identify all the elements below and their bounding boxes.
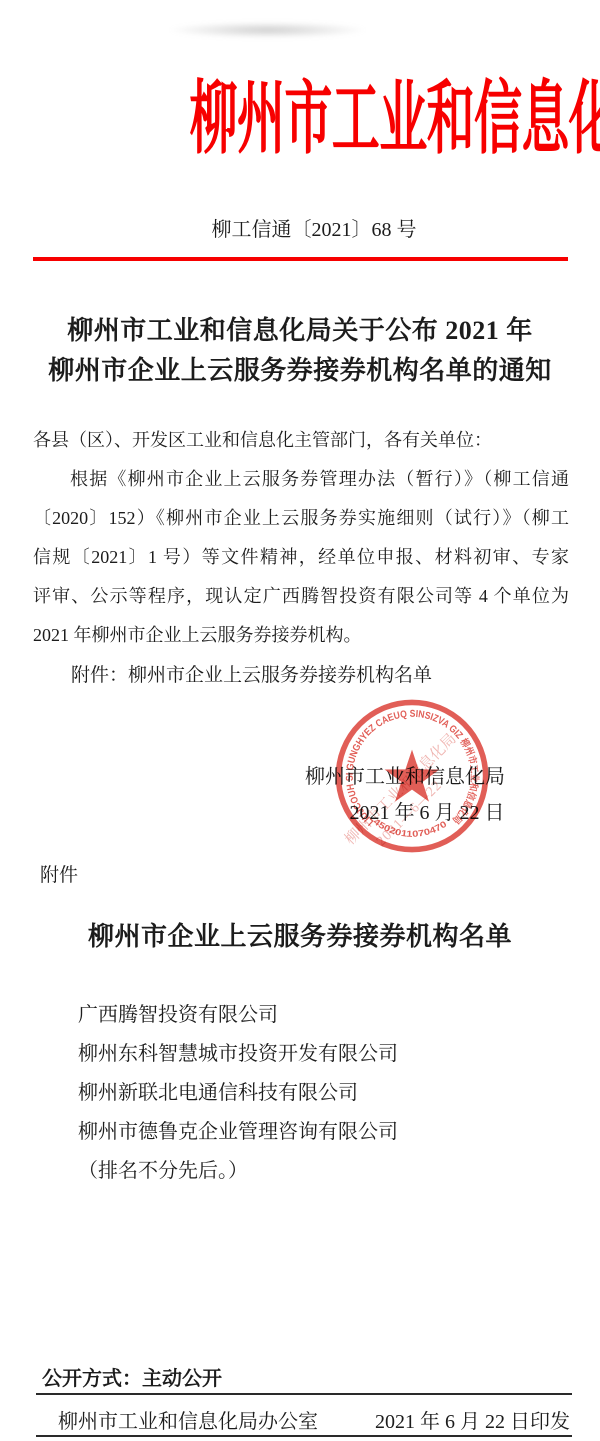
official-seal: LIUJCOUH SI GUNGHYEZ CAEUQ SINSIZVA GIZ … [332, 696, 492, 856]
body-line: 根据《柳州市企业上云服务券管理办法（暂行）》（柳工信通 [33, 460, 569, 499]
notice-body: 各县（区）、开发区工业和信息化主管部门，各有关单位： 根据《柳州市企业上云服务券… [33, 421, 569, 655]
list-item: 柳州市德鲁克企业管理咨询有限公司 [78, 1113, 398, 1152]
notice-title: 柳州市工业和信息化局关于公布 2021 年 柳州市企业上云服务券接券机构名单的通… [0, 311, 600, 391]
red-divider-line [33, 257, 568, 261]
body-line: 评审、公示等程序，现认定广西腾智投资有限公司等 4 个单位为 [33, 577, 569, 616]
issuing-office: 柳州市工业和信息化局办公室 [58, 1405, 318, 1434]
attachment-note: 附件：柳州市企业上云服务券接券机构名单 [71, 660, 432, 687]
body-line: 信规〔2021〕1 号）等文件精神，经单位申报、材料初审、专家 [33, 538, 569, 577]
list-item: 柳州东科智慧城市投资开发有限公司 [78, 1035, 398, 1074]
document-number: 柳工信通〔2021〕68 号 [14, 213, 600, 242]
scan-artifact [170, 22, 365, 38]
notice-title-line-1: 柳州市工业和信息化局关于公布 2021 年 [0, 311, 600, 351]
star-icon [385, 750, 440, 802]
company-list: 广西腾智投资有限公司 柳州东科智慧城市投资开发有限公司 柳州新联北电通信科技有限… [78, 996, 398, 1191]
salutation: 各县（区）、开发区工业和信息化主管部门，各有关单位： [33, 421, 569, 460]
body-line: 〔2020〕152）《柳州市企业上云服务券实施细则（试行）》（柳工 [33, 499, 569, 538]
notice-title-line-2: 柳州市企业上云服务券接券机构名单的通知 [0, 351, 600, 391]
red-header-banner: 柳州市工业和信息化局文件 [0, 74, 600, 164]
seal-code: 4502011070470 [372, 816, 449, 839]
list-item: 柳州新联北电通信科技有限公司 [78, 1074, 398, 1113]
print-date: 2021 年 6 月 22 日印发 [375, 1405, 570, 1434]
ranking-note: （排名不分先后。） [78, 1152, 398, 1191]
svg-text:4502011070470: 4502011070470 [372, 816, 449, 839]
footer-divider-top [36, 1393, 572, 1395]
attachment-label: 附件 [40, 860, 78, 887]
body-line: 2021 年柳州市企业上云服务券接券机构。 [33, 616, 569, 655]
document-page: { "colors": { "banner_red": "#f70000", "… [0, 0, 600, 1441]
list-item: 广西腾智投资有限公司 [78, 996, 398, 1035]
agency-banner-text: 柳州市工业和信息化局文件 [190, 74, 600, 164]
seal-graphic: LIUJCOUH SI GUNGHYEZ CAEUQ SINSIZVA GIZ … [332, 696, 492, 856]
publish-mode: 公开方式：主动公开 [42, 1362, 222, 1391]
attachment-title: 柳州市企业上云服务券接券机构名单 [0, 916, 600, 953]
footer-divider-bottom [36, 1435, 572, 1437]
